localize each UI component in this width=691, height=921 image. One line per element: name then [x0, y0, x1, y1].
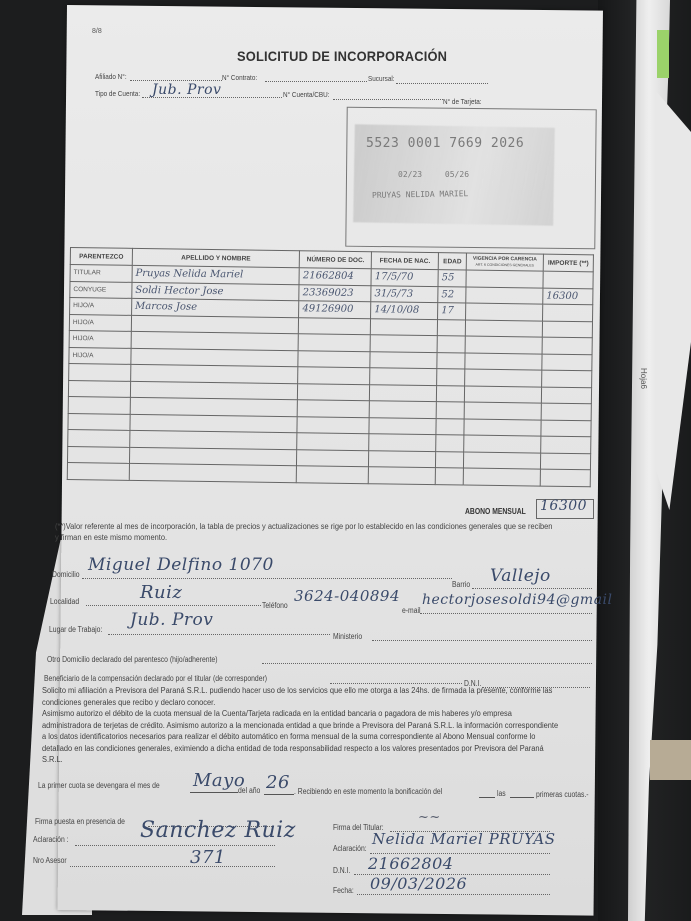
cell-importe[interactable]	[542, 370, 592, 387]
cell-vigencia[interactable]	[465, 353, 542, 371]
col-importe: IMPORTE (**)	[543, 254, 593, 272]
cell-vigencia[interactable]	[465, 336, 542, 354]
cell-parentesco: CONYUGE	[70, 281, 132, 298]
asesor-value: 371	[190, 847, 226, 868]
firma-titular-signature: ~~	[418, 810, 441, 825]
affiliation-paragraph: Solicito mi afiliación a Previsora del P…	[42, 685, 563, 708]
cell-importe[interactable]	[542, 321, 592, 338]
email-label: e-mail	[402, 606, 421, 615]
cell-edad[interactable]: 52	[438, 286, 466, 303]
cell-edad[interactable]	[436, 451, 464, 468]
cell-importe[interactable]	[542, 304, 592, 321]
cell-fecha[interactable]: 17/5/70	[371, 269, 438, 286]
col-parentezco: PARENTEZCO	[70, 248, 132, 266]
fecha-value: 09/03/2026	[370, 874, 467, 893]
cell-parentesco	[68, 396, 130, 413]
cell-vigencia[interactable]	[465, 369, 542, 387]
cell-vigencia[interactable]	[465, 320, 542, 338]
cell-parentesco	[68, 380, 130, 397]
cell-edad[interactable]	[437, 336, 465, 353]
lugar-trabajo-label: Lugar de Trabajo:	[49, 625, 102, 634]
cell-importe[interactable]	[543, 271, 593, 288]
cell-doc[interactable]	[297, 466, 369, 484]
cell-doc[interactable]	[298, 350, 370, 368]
otro-domicilio-label: Otro Domicilio declarado del parentesco …	[47, 655, 217, 664]
domicilio-value: Miguel Delfino 1070	[88, 555, 274, 575]
cell-doc[interactable]: 49126900	[299, 301, 371, 319]
presencia-label: Firma puesta en presencia de	[35, 817, 125, 826]
cell-fecha[interactable]	[369, 450, 436, 467]
cell-parentesco	[67, 462, 129, 479]
contrato-field[interactable]	[265, 81, 367, 82]
first-fee-month-field[interactable]	[190, 792, 238, 793]
aclaracion-left-value: Sanchez Ruiz	[140, 818, 296, 843]
cell-fecha[interactable]	[370, 351, 437, 368]
afiliado-field[interactable]	[130, 80, 222, 81]
green-sticky-tab	[657, 30, 669, 78]
localidad-label: Localidad	[50, 597, 79, 606]
card-expiry-date: 05/26	[445, 170, 469, 179]
lugar-trabajo-value: Jub. Prov	[130, 610, 213, 630]
barrio-label: Barrio	[452, 580, 470, 589]
sucursal-field[interactable]	[396, 83, 488, 84]
email-field[interactable]	[420, 613, 592, 614]
cell-importe[interactable]	[541, 420, 591, 437]
cell-importe[interactable]	[540, 469, 590, 486]
contrato-label: N° Contrato:	[222, 73, 257, 82]
abono-mensual-value: 16300	[540, 498, 587, 514]
cell-parentesco	[69, 363, 131, 380]
cell-parentesco: HIJO/A	[69, 330, 131, 347]
cell-fecha[interactable]	[370, 318, 437, 335]
cell-edad[interactable]: 55	[438, 270, 466, 287]
cell-fecha[interactable]	[370, 335, 437, 352]
cell-vigencia[interactable]	[466, 303, 543, 321]
col-fecha-nac: FECHA DE NAC.	[371, 252, 438, 270]
las-field[interactable]	[510, 797, 534, 798]
cell-importe[interactable]	[540, 453, 590, 470]
barrio-field[interactable]	[472, 588, 592, 589]
first-fee-prefix: La primer cuota se devengara el mes de	[38, 781, 160, 790]
bonificacion-field[interactable]	[479, 797, 495, 798]
cuenta-cbu-field[interactable]	[333, 99, 443, 100]
cell-vigencia[interactable]	[464, 435, 541, 453]
lugar-trabajo-field[interactable]	[108, 634, 330, 635]
background-object	[650, 740, 691, 780]
cell-parentesco: HIJO/A	[70, 298, 132, 315]
cell-parentesco: HIJO/A	[69, 347, 131, 364]
first-fee-suffix: primeras cuotas.-	[536, 790, 589, 799]
telefono-value: 3624-040894	[294, 587, 400, 605]
cell-edad[interactable]	[435, 468, 463, 485]
cell-importe[interactable]	[542, 337, 592, 354]
cell-vigencia[interactable]	[466, 270, 543, 288]
fecha-label: Fecha:	[333, 886, 354, 895]
cell-fecha[interactable]	[368, 467, 435, 484]
col-edad: EDAD	[438, 253, 466, 270]
card-issue-date: 02/23	[398, 170, 422, 179]
col-numero-doc: NÚMERO DE DOC.	[300, 251, 372, 269]
dni-label: D.N.I.	[333, 866, 350, 875]
tipo-cuenta-label: Tipo de Cuenta:	[95, 89, 140, 98]
col-vigencia-subtitle: ART. 6 CONDICIONES GENERALES	[476, 263, 535, 268]
las-label: las	[497, 789, 506, 798]
side-sheet-label: Hoja6	[639, 368, 648, 389]
first-fee-year-label: del año	[238, 786, 260, 795]
sucursal-label: Sucursal:	[368, 74, 395, 83]
cell-importe[interactable]: 16300	[543, 288, 593, 305]
aclaracion-right-value: Nelida Mariel PRUYAS	[372, 830, 556, 848]
cell-doc[interactable]	[298, 334, 370, 352]
domicilio-label: Domicilio	[52, 570, 80, 579]
cell-vigencia[interactable]	[466, 287, 543, 305]
cell-importe[interactable]	[541, 387, 591, 404]
first-fee-year-field[interactable]	[264, 794, 294, 795]
debit-authorization-paragraph: Asimismo autorizo el débito de la cuota …	[42, 708, 563, 766]
col-vigencia-title: VIGENCIA POR CARENCIA	[473, 256, 537, 263]
cell-fecha[interactable]: 31/5/73	[371, 285, 438, 302]
localidad-value: Ruiz	[140, 582, 182, 603]
cell-doc[interactable]	[298, 367, 370, 385]
asesor-label: Nro Asesor	[33, 856, 67, 865]
cell-edad[interactable]	[436, 402, 464, 419]
cell-edad[interactable]	[436, 385, 464, 402]
cell-vigencia[interactable]	[463, 452, 540, 470]
cell-edad[interactable]	[437, 319, 465, 336]
first-fee-year-value: 26	[266, 772, 290, 793]
domicilio-field[interactable]	[82, 578, 452, 579]
cell-doc[interactable]	[298, 383, 370, 401]
family-members-table: PARENTEZCO APELLIDO Y NOMBRE NÚMERO DE D…	[67, 247, 594, 487]
card-holder-name: PRUYAS NELIDA MARIEL	[372, 189, 468, 200]
cuenta-cbu-label: N° Cuenta/CBU:	[283, 90, 329, 99]
aclaracion-left-label: Aclaración :	[33, 835, 69, 844]
cell-parentesco: HIJO/A	[69, 314, 131, 331]
cell-fecha[interactable]	[369, 401, 436, 418]
cell-doc[interactable]	[297, 449, 369, 467]
cell-vigencia[interactable]	[464, 386, 541, 404]
telefono-label: Teléfono	[262, 601, 288, 610]
cell-vigencia[interactable]	[464, 402, 541, 420]
cell-fecha[interactable]	[369, 434, 436, 451]
cell-fecha[interactable]: 14/10/08	[371, 302, 438, 319]
cell-doc[interactable]	[299, 317, 371, 335]
cell-importe[interactable]	[541, 436, 591, 453]
cell-edad[interactable]	[437, 369, 465, 386]
cell-importe[interactable]	[541, 403, 591, 420]
cell-edad[interactable]	[436, 435, 464, 452]
page-number: 8/8	[92, 28, 102, 35]
tipo-cuenta-value: Jub. Prov	[152, 82, 221, 98]
tarjeta-label: N° de Tarjeta:	[443, 97, 482, 106]
cell-importe[interactable]	[542, 354, 592, 371]
cell-edad[interactable]	[436, 418, 464, 435]
cell-doc[interactable]	[297, 416, 369, 434]
card-number: 5523 0001 7669 2026	[366, 136, 524, 151]
price-note: (**)Valor referente al mes de incorporac…	[55, 521, 557, 543]
localidad-field[interactable]	[86, 605, 261, 606]
barrio-value: Vallejo	[490, 566, 551, 586]
cell-doc[interactable]	[297, 433, 369, 451]
cell-nombre[interactable]	[129, 463, 297, 482]
cell-doc[interactable]: 21662804	[299, 268, 371, 286]
dni-value: 21662804	[368, 854, 453, 873]
cell-vigencia[interactable]	[464, 419, 541, 437]
ministerio-field[interactable]	[372, 640, 592, 641]
afiliado-label: Afiliado N°:	[95, 72, 127, 81]
otro-domicilio-field[interactable]	[262, 663, 592, 664]
first-fee-middle: . Recibiendo en este momento la bonifica…	[294, 787, 442, 796]
cell-fecha[interactable]	[369, 417, 436, 434]
card-dates: 02/23 05/26	[398, 170, 469, 179]
aclaracion-left-field[interactable]	[75, 845, 275, 846]
cell-vigencia[interactable]	[463, 468, 540, 486]
fecha-field[interactable]	[357, 894, 550, 895]
aclaracion-right-label: Aclaración:	[333, 844, 367, 853]
email-value: hectorjosesoldi94@gmail	[422, 592, 613, 608]
cell-edad[interactable]	[437, 352, 465, 369]
cell-fecha[interactable]	[370, 368, 437, 385]
cell-fecha[interactable]	[370, 384, 437, 401]
cell-parentesco	[67, 446, 129, 463]
beneficiario-field[interactable]	[330, 683, 462, 684]
ministerio-label: Ministerio	[333, 632, 362, 641]
cell-parentesco	[68, 413, 130, 430]
cell-doc[interactable]	[297, 400, 369, 418]
col-vigencia: VIGENCIA POR CARENCIAART. 6 CONDICIONES …	[466, 253, 543, 271]
cell-parentesco	[68, 429, 130, 446]
abono-mensual-label: ABONO MENSUAL	[465, 507, 526, 516]
beneficiario-label: Beneficiario de la compensación declarad…	[44, 674, 267, 683]
cell-parentesco: TITULAR	[70, 265, 132, 282]
cell-doc[interactable]: 23369023	[299, 284, 371, 302]
form-title: SOLICITUD DE INCORPORACIÓN	[237, 48, 447, 64]
cell-edad[interactable]: 17	[438, 303, 466, 320]
asesor-field[interactable]	[70, 866, 275, 867]
